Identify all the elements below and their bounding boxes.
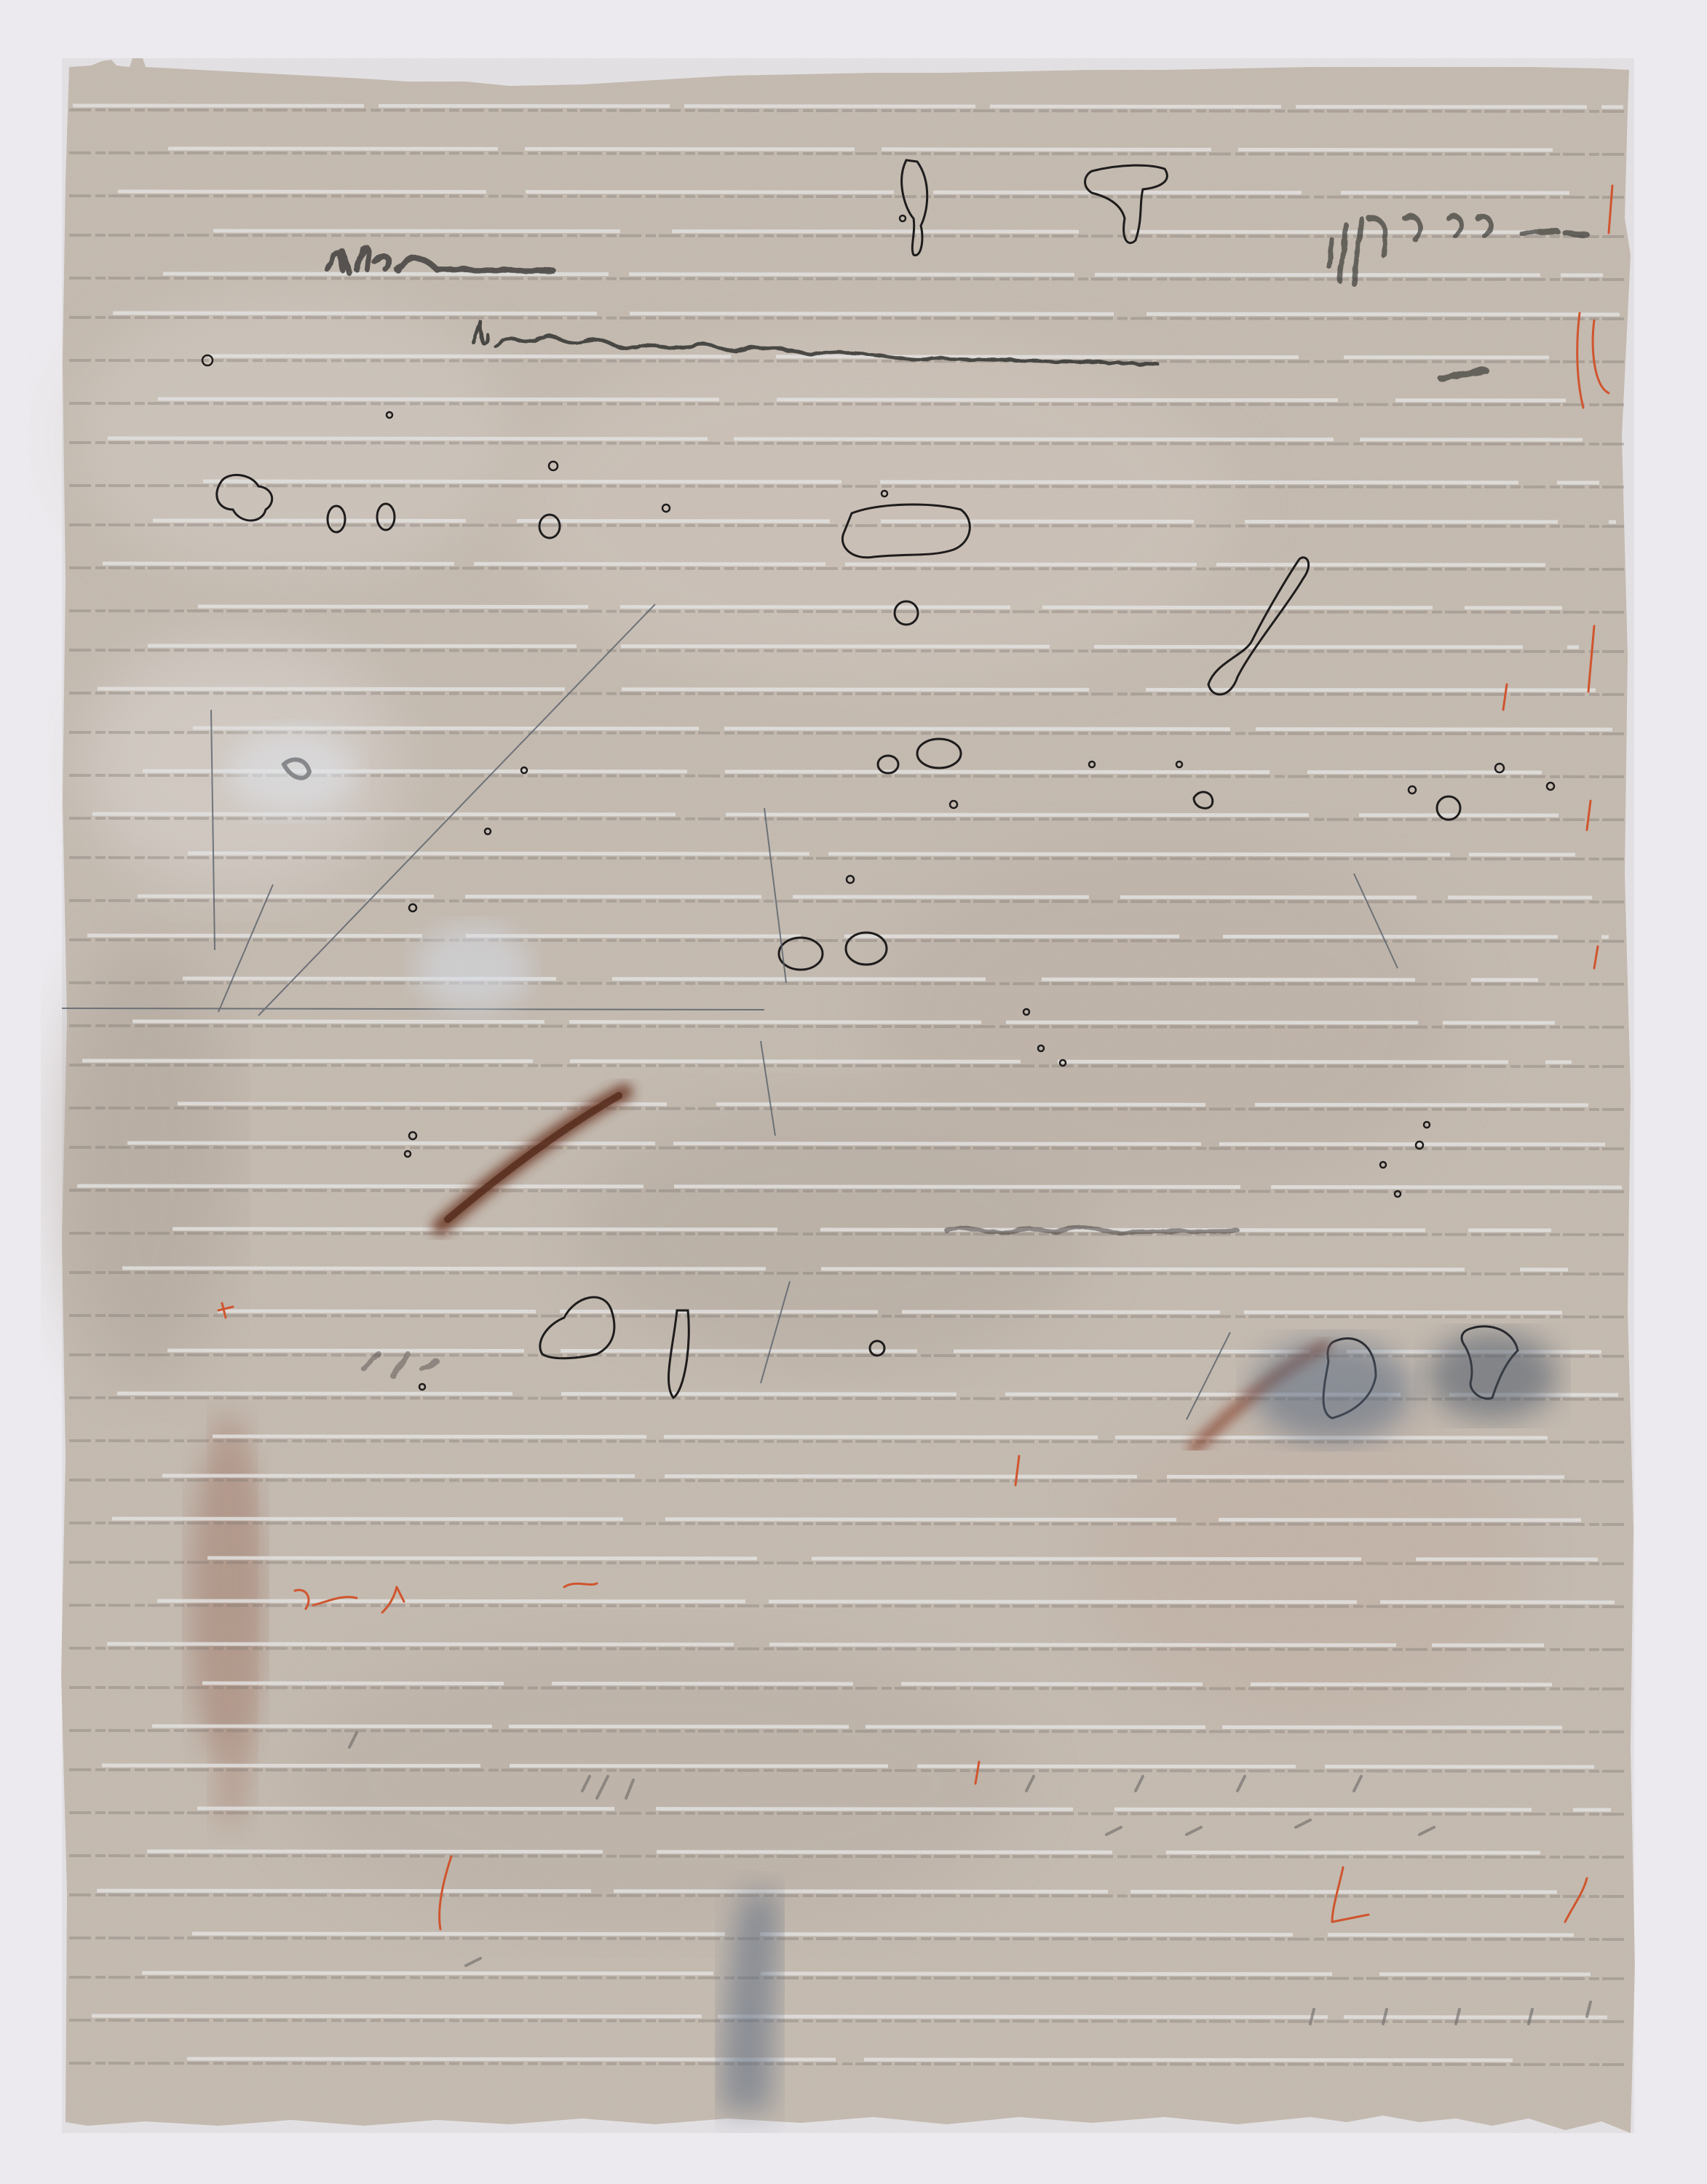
artwork-canvas: Mixed-media drawing on handmade paper wi… [0, 0, 1707, 2184]
paper-drawing [0, 0, 1707, 2184]
paper-grain [62, 58, 1634, 2133]
